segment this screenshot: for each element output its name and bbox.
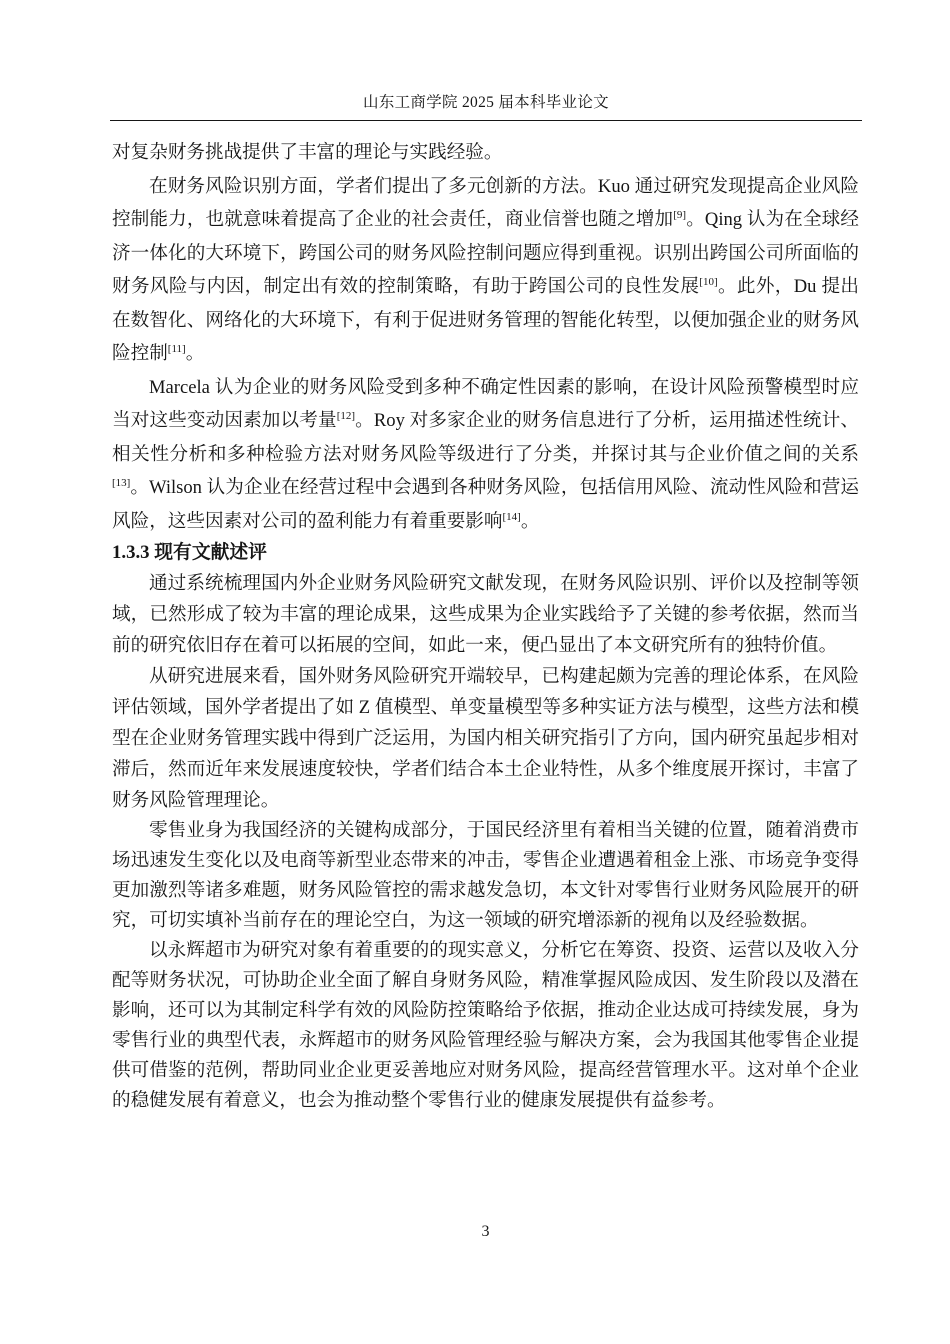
paragraph-marcela-roy-wilson: Marcela 认为企业的财务风险受到多种不确定性因素的影响，在设计风险预警模型…	[112, 371, 859, 539]
citation-superscript: [11]	[168, 343, 186, 355]
section-heading: 1.3.3 现有文献述评	[112, 538, 859, 568]
paragraph-literature-summary: 通过系统梳理国内外企业财务风险研究文献发现，在财务风险识别、评价以及控制等领域，…	[112, 568, 859, 661]
citation-superscript: [9]	[673, 209, 686, 221]
thesis-page: 山东工商学院 2025 届本科毕业论文 对复杂财务挑战提供了丰富的理论与实践经验…	[0, 0, 950, 1344]
citation-superscript: [12]	[337, 410, 355, 422]
citation-superscript: [13]	[112, 477, 130, 489]
paragraph-research-progress: 从研究进展来看，国外财务风险研究开端较早，已构建起颇为完善的理论体系，在风险评估…	[112, 661, 859, 816]
page-header: 山东工商学院 2025 届本科毕业论文	[110, 94, 862, 121]
paragraph-risk-identification: 在财务风险识别方面，学者们提出了多元创新的方法。Kuo 通过研究发现提高企业风险…	[112, 170, 859, 371]
document-body: 对复杂财务挑战提供了丰富的理论与实践经验。 在财务风险识别方面，学者们提出了多元…	[112, 136, 859, 1116]
paragraph-continuation: 对复杂财务挑战提供了丰富的理论与实践经验。	[112, 136, 859, 170]
page-number: 3	[112, 1223, 859, 1241]
paragraph-retail-industry: 零售业身为我国经济的关键构成部分，于国民经济里有着相当关键的位置，随着消费市场迅…	[112, 816, 859, 936]
citation-superscript: [10]	[699, 276, 717, 288]
paragraph-yonghui-significance: 以永辉超市为研究对象有着重要的的现实意义，分析它在筹资、投资、运营以及收入分配等…	[112, 936, 859, 1116]
citation-superscript: [14]	[502, 510, 520, 522]
